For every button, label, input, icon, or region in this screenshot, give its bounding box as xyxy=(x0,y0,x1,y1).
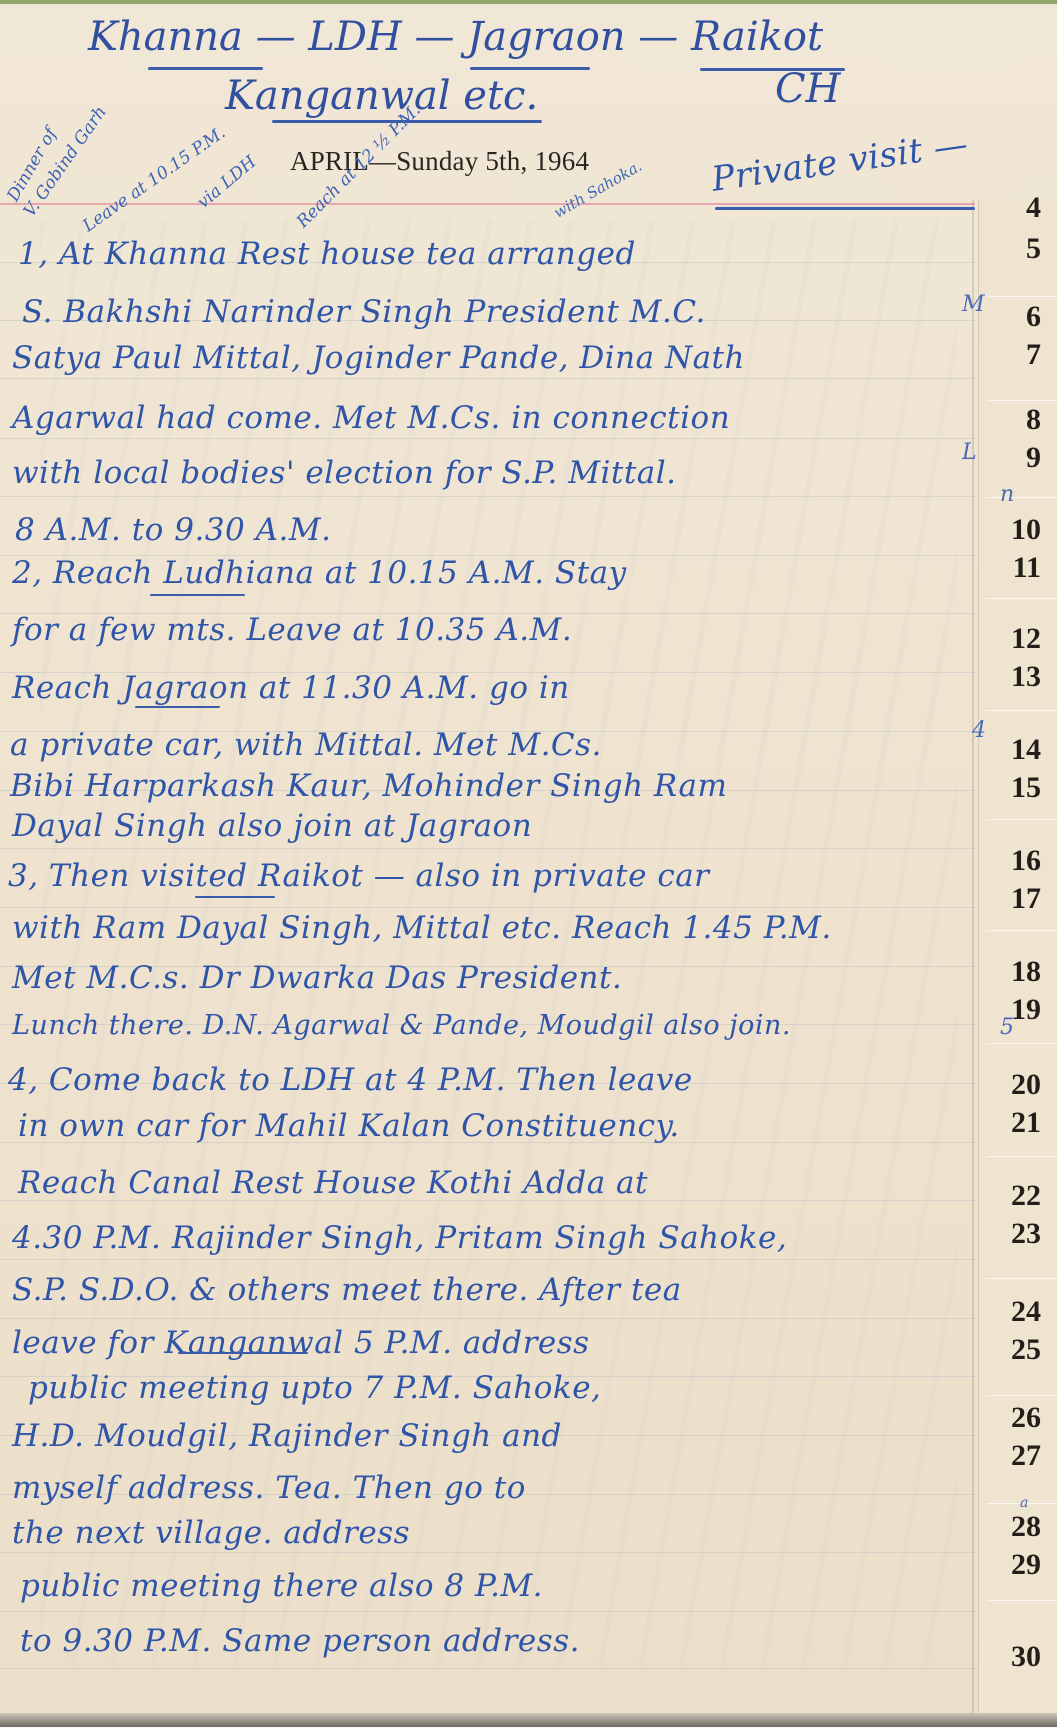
tab-notch xyxy=(985,819,1057,822)
day-index-9[interactable]: 9 xyxy=(1026,441,1041,475)
day-index-22[interactable]: 22 xyxy=(1011,1179,1041,1213)
gutter-mark: M xyxy=(962,292,985,317)
tab-notch xyxy=(985,400,1057,403)
entry-line: leave for Kanganwal 5 P.M. address xyxy=(12,1325,590,1361)
day-index-12[interactable]: 12 xyxy=(1011,622,1041,656)
tab-notch xyxy=(985,1278,1057,1281)
private-visit-note: Private visit — xyxy=(709,124,971,200)
entry-line: 4, Come back to LDH at 4 P.M. Then leave xyxy=(8,1062,693,1098)
tab-notch xyxy=(985,1600,1057,1603)
tab-notch xyxy=(985,1156,1057,1159)
diary-page: Khanna — LDH — Jagraon — Raikot Kanganwa… xyxy=(0,0,1057,1727)
entry-line: 1, At Khanna Rest house tea arranged xyxy=(18,236,636,272)
bottom-edge xyxy=(0,1713,1057,1727)
entry-line: Agarwal had come. Met M.Cs. in connectio… xyxy=(12,400,730,436)
ruled-line xyxy=(0,1668,975,1669)
ruled-line xyxy=(0,907,975,908)
day-index-24[interactable]: 24 xyxy=(1011,1295,1041,1329)
margin-rule xyxy=(0,203,975,205)
ruled-line xyxy=(0,1318,975,1319)
day-index-14[interactable]: 14 xyxy=(1011,733,1041,767)
entry-line: a private car, with Mittal. Met M.Cs. xyxy=(10,727,602,763)
day-index-18[interactable]: 18 xyxy=(1011,955,1041,989)
place-underline xyxy=(150,594,245,596)
day-index-8[interactable]: 8 xyxy=(1026,403,1041,437)
entry-line: Lunch there. D.N. Agarwal & Pande, Moudg… xyxy=(12,1010,791,1041)
tab-notch xyxy=(985,710,1057,713)
day-index-5[interactable]: 5 xyxy=(1026,232,1041,266)
day-index-4[interactable]: 4 xyxy=(1026,191,1041,225)
day-index-7[interactable]: 7 xyxy=(1026,338,1041,372)
entry-line: Satya Paul Mittal, Joginder Pande, Dina … xyxy=(12,340,745,376)
entry-line: public meeting there also 8 P.M. xyxy=(20,1568,543,1604)
ruled-line xyxy=(0,496,975,497)
gutter-mark: 4 xyxy=(972,718,986,743)
day-index-23[interactable]: 23 xyxy=(1011,1217,1041,1251)
entry-line: H.D. Moudgil, Rajinder Singh and xyxy=(12,1418,562,1454)
title-underline xyxy=(148,67,263,70)
top-edge xyxy=(0,0,1057,4)
entry-line: Reach Jagraon at 11.30 A.M. go in xyxy=(12,670,570,706)
entry-line: S. Bakhshi Narinder Singh President M.C. xyxy=(22,294,706,330)
ruled-line xyxy=(0,1611,975,1612)
ruled-line xyxy=(0,1552,975,1553)
day-index-19[interactable]: 19 xyxy=(1011,993,1041,1027)
gutter-mark: n xyxy=(1000,482,1014,507)
tab-notch xyxy=(985,1043,1057,1046)
place-underline xyxy=(195,896,275,898)
route-subtitle-ch: CH xyxy=(775,66,841,112)
day-index-6[interactable]: 6 xyxy=(1026,300,1041,334)
route-subtitle: Kanganwal etc. xyxy=(225,73,538,119)
route-title: Khanna — LDH — Jagraon — Raikot xyxy=(88,14,823,60)
day-index-21[interactable]: 21 xyxy=(1011,1106,1041,1140)
gutter-mark: L xyxy=(962,440,977,465)
entry-line: Met M.C.s. Dr Dwarka Das President. xyxy=(12,960,622,996)
gutter-mark: a xyxy=(1020,1495,1028,1511)
day-index-27[interactable]: 27 xyxy=(1011,1439,1041,1473)
day-index-20[interactable]: 20 xyxy=(1011,1068,1041,1102)
tab-notch xyxy=(985,930,1057,933)
ruled-line xyxy=(0,1259,975,1260)
entry-line: public meeting upto 7 P.M. Sahoke, xyxy=(28,1370,601,1406)
day-index-10[interactable]: 10 xyxy=(1011,513,1041,547)
gutter-line xyxy=(972,200,974,1713)
entry-line: in own car for Mahil Kalan Constituency. xyxy=(18,1108,680,1144)
day-index-11[interactable]: 11 xyxy=(1013,551,1041,585)
day-index-28[interactable]: 28 xyxy=(1011,1510,1041,1544)
entry-line: to 9.30 P.M. Same person address. xyxy=(20,1623,580,1659)
place-underline xyxy=(135,706,220,708)
printed-date-header: APRIL—Sunday 5th, 1964 xyxy=(290,146,589,177)
entry-line: myself address. Tea. Then go to xyxy=(12,1470,526,1506)
day-index-30[interactable]: 30 xyxy=(1011,1640,1041,1674)
day-index-17[interactable]: 17 xyxy=(1011,882,1041,916)
entry-line: 3, Then visited Raikot — also in private… xyxy=(8,858,710,894)
entry-line: Dayal Singh also join at Jagraon xyxy=(12,808,532,844)
ruled-line xyxy=(0,848,975,849)
entry-line: S.P. S.D.O. & others meet there. After t… xyxy=(12,1272,682,1308)
day-index-13[interactable]: 13 xyxy=(1011,660,1041,694)
day-index-16[interactable]: 16 xyxy=(1011,844,1041,878)
ruled-line xyxy=(0,378,975,379)
tab-notch xyxy=(985,598,1057,601)
entry-line: 2, Reach Ludhiana at 10.15 A.M. Stay xyxy=(12,555,627,591)
day-index-25[interactable]: 25 xyxy=(1011,1333,1041,1367)
tab-notch xyxy=(985,1395,1057,1398)
place-underline xyxy=(178,1352,308,1354)
tab-notch xyxy=(985,296,1057,299)
margin-note: Leave at 10.15 P.M. xyxy=(79,123,229,236)
title-underline xyxy=(470,67,590,70)
entry-line: 4.30 P.M. Rajinder Singh, Pritam Singh S… xyxy=(12,1220,787,1256)
entry-line: Bibi Harparkash Kaur, Mohinder Singh Ram xyxy=(10,768,727,804)
entry-line: for a few mts. Leave at 10.35 A.M. xyxy=(12,612,572,648)
day-index-15[interactable]: 15 xyxy=(1011,771,1041,805)
day-index-26[interactable]: 26 xyxy=(1011,1401,1041,1435)
entry-line: Reach Canal Rest House Kothi Adda at xyxy=(18,1165,648,1201)
ruled-line xyxy=(0,438,975,439)
entry-line: 8 A.M. to 9.30 A.M. xyxy=(15,512,331,548)
day-index-29[interactable]: 29 xyxy=(1011,1548,1041,1582)
tab-notch xyxy=(985,497,1057,500)
entry-line: with Ram Dayal Singh, Mittal etc. Reach … xyxy=(12,910,832,946)
entry-line: the next village. address xyxy=(12,1515,410,1551)
private-visit-underline xyxy=(715,207,975,210)
entry-line: with local bodies' election for S.P. Mit… xyxy=(12,455,677,491)
